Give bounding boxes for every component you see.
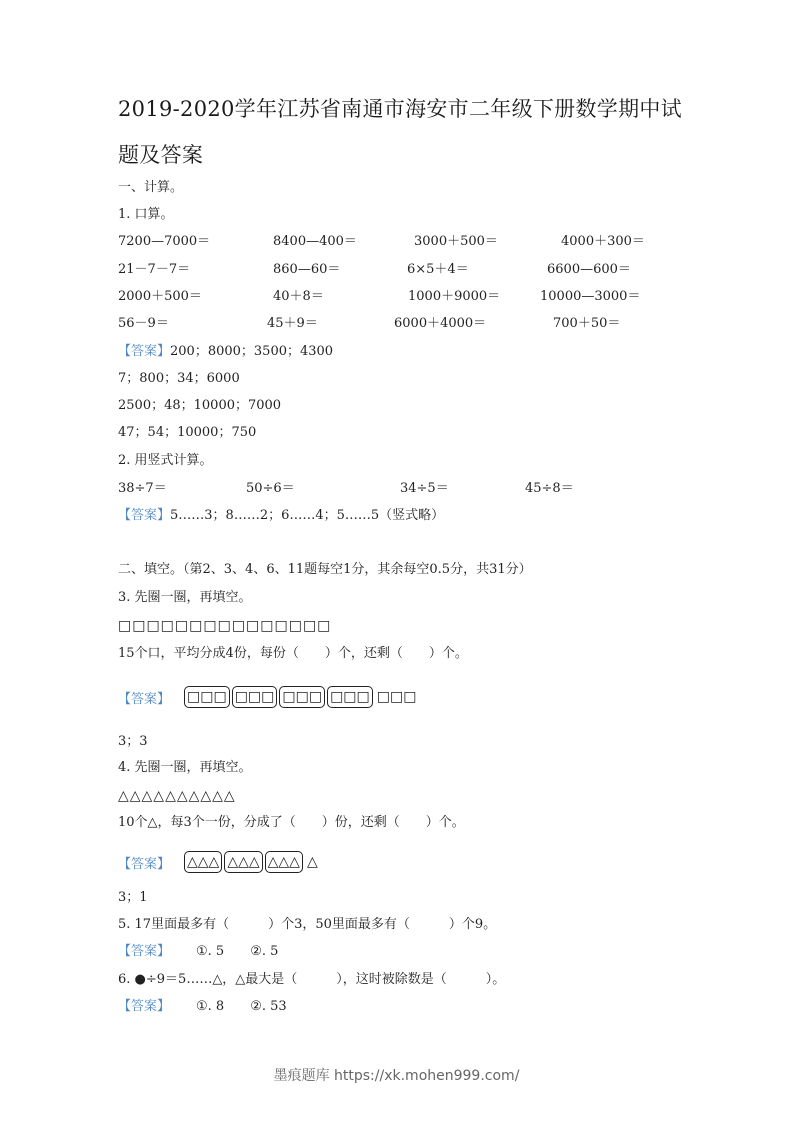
problem: 7200—7000＝ <box>118 234 210 250</box>
remainder-group: □□□ <box>375 687 419 707</box>
q3-answer-figure: 【答案】 □□□ □□□ □□□ □□□ □□□ <box>118 686 418 708</box>
q1-answer-line2: 7；800；34；6000 <box>118 371 240 387</box>
problem: 3000＋500＝ <box>414 234 498 250</box>
circled-group: □□□ <box>184 686 230 708</box>
circled-group: △△△ <box>224 851 262 873</box>
q4-prompt: 10个△，每3个一份，分成了（ ）份，还剩（ ）个。 <box>118 815 465 831</box>
document-title-line1: 2019-2020学年江苏省南通市海安市二年级下册数学期中试 <box>118 96 698 122</box>
q6-label: 6. ●÷9＝5……△，△最大是（ ），这时被除数是（ ）。 <box>118 972 505 988</box>
q4-answer: 3；1 <box>118 890 148 906</box>
problem: 860—60＝ <box>273 262 340 278</box>
answer-label: 【答案】 <box>118 944 170 959</box>
problem: 6600—600＝ <box>547 262 631 278</box>
answer-text: ①. 8 ②. 53 <box>196 999 287 1014</box>
problem: 38÷7＝ <box>118 481 167 497</box>
circled-group: △△△ <box>265 851 303 873</box>
q5-answer: 【答案】①. 5 ②. 5 <box>118 944 278 960</box>
problem: 45÷8＝ <box>525 481 574 497</box>
circled-group: △△△ <box>184 851 222 873</box>
q1-answer-line3: 2500；48；10000；7000 <box>118 398 281 414</box>
circled-group: □□□ <box>279 686 325 708</box>
problem: 50÷6＝ <box>246 481 295 497</box>
problem: 56－9＝ <box>118 316 169 332</box>
circled-group: □□□ <box>232 686 278 708</box>
problem: 2000＋500＝ <box>118 289 202 305</box>
problem: 10000—3000＝ <box>540 289 640 305</box>
problem: 6×5＋4＝ <box>407 262 469 278</box>
watermark-footer: 墨痕题库 https://xk.mohen999.com/ <box>0 1065 793 1085</box>
answer-text: 5……3；8……2；6……4；5……5（竖式略） <box>170 508 444 523</box>
section1-heading: 一、计算。 <box>118 180 183 196</box>
problem: 1000＋9000＝ <box>408 289 500 305</box>
answer-label: 【答案】 <box>118 508 170 523</box>
problem: 6000＋4000＝ <box>394 316 486 332</box>
q1-answer-line4: 47；54；10000；750 <box>118 425 256 441</box>
section2-heading: 二、填空。（第2、3、4、6、11题每空1分，其余每空0.5分，共31分） <box>118 562 532 578</box>
problem: 8400—400＝ <box>273 234 357 250</box>
answer-label: 【答案】 <box>118 853 170 872</box>
answer-label: 【答案】 <box>118 344 170 359</box>
q1-answer: 【答案】200；8000；3500；4300 <box>118 344 333 360</box>
document-title-line2: 题及答案 <box>118 142 698 168</box>
circled-group: □□□ <box>327 686 373 708</box>
problem: 21－7－7＝ <box>118 262 190 278</box>
problem: 700＋50＝ <box>553 316 620 332</box>
q3-squares: □□□□□□□□□□□□□□□ <box>118 618 331 634</box>
document-page: 2019-2020学年江苏省南通市海安市二年级下册数学期中试 题及答案 一、计算… <box>0 0 793 1122</box>
problem: 40＋8＝ <box>273 289 324 305</box>
q1-label: 1. 口算。 <box>118 207 174 223</box>
q4-label: 4. 先圈一圈，再填空。 <box>118 760 252 776</box>
q3-prompt: 15个口，平均分成4份，每份（ ）个，还剩（ ）个。 <box>118 646 468 662</box>
problem: 45＋9＝ <box>267 316 318 332</box>
q4-triangles: △△△△△△△△△△ <box>118 788 236 804</box>
q2-label: 2. 用竖式计算。 <box>118 453 213 469</box>
remainder-group: △ <box>305 852 320 872</box>
q5-label: 5. 17里面最多有（ ）个3，50里面最多有（ ）个9。 <box>118 917 496 933</box>
answer-text: 200；8000；3500；4300 <box>170 344 333 359</box>
q6-answer: 【答案】①. 8 ②. 53 <box>118 999 287 1015</box>
problem: 34÷5＝ <box>400 481 449 497</box>
q3-answer: 3；3 <box>118 734 148 750</box>
q3-label: 3. 先圈一圈，再填空。 <box>118 590 252 606</box>
answer-label: 【答案】 <box>118 999 170 1014</box>
q2-answer: 【答案】5……3；8……2；6……4；5……5（竖式略） <box>118 508 444 524</box>
problem: 4000＋300＝ <box>561 234 645 250</box>
answer-text: ①. 5 ②. 5 <box>196 944 278 959</box>
q4-answer-figure: 【答案】 △△△ △△△ △△△ △ <box>118 851 320 873</box>
answer-label: 【答案】 <box>118 688 170 707</box>
